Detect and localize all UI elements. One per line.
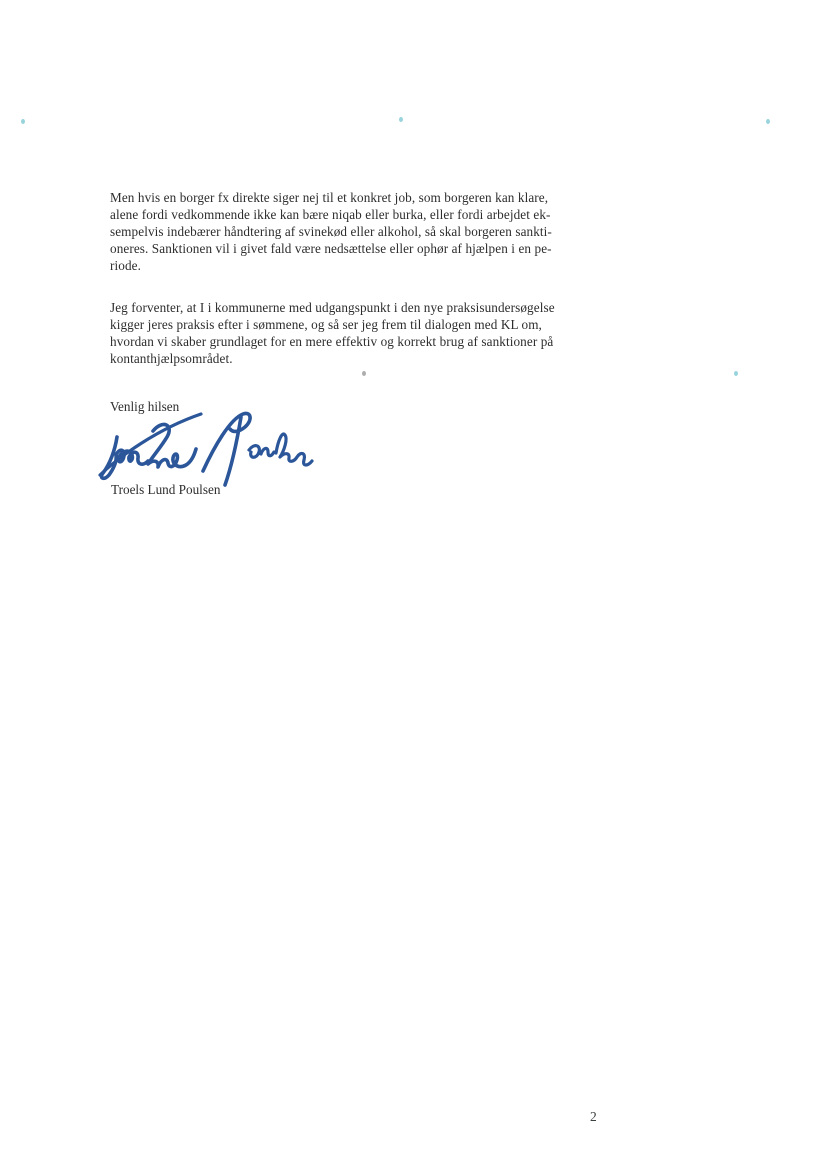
- text-line: Jeg forventer, at I i kommunerne med udg…: [110, 299, 630, 316]
- text-line: alene fordi vedkommende ikke kan bære ni…: [110, 206, 630, 223]
- scan-speck: [399, 117, 403, 122]
- text-line: kigger jeres praksis efter i sømmene, og…: [110, 316, 630, 333]
- signature-stroke: [249, 446, 274, 458]
- text-line: kontanthjælpsområdet.: [110, 350, 630, 367]
- text-line: oneres. Sanktionen vil i givet fald være…: [110, 240, 630, 257]
- page-number: 2: [590, 1109, 597, 1125]
- signature-stroke: [203, 413, 250, 471]
- scan-speck: [21, 119, 25, 124]
- text-line: hvordan vi skaber grundlaget for en mere…: [110, 333, 630, 350]
- scanned-letter-page: Men hvis en borger fx direkte siger nej …: [0, 0, 828, 1169]
- signature-stroke: [148, 424, 196, 467]
- signer-name: Troels Lund Poulsen: [111, 482, 220, 498]
- paragraph-sanctions: Men hvis en borger fx direkte siger nej …: [110, 189, 630, 274]
- signature-stroke: [276, 434, 312, 465]
- text-line: Men hvis en borger fx direkte siger nej …: [110, 189, 630, 206]
- scan-speck: [734, 371, 738, 376]
- scan-speck: [362, 371, 366, 376]
- paragraph-expectations: Jeg forventer, at I i kommunerne med udg…: [110, 299, 630, 367]
- text-line: riode.: [110, 257, 630, 274]
- scan-speck: [766, 119, 770, 124]
- text-line: sempelvis indebærer håndtering af svinek…: [110, 223, 630, 240]
